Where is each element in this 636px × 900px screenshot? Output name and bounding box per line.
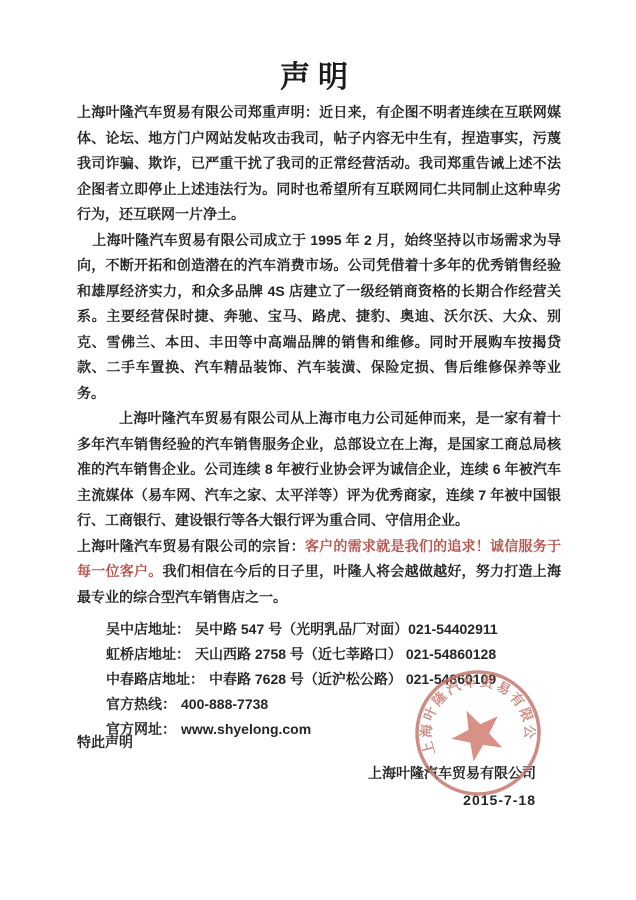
mission-prefix: 上海叶隆汽车贸易有限公司的宗旨：: [77, 538, 305, 554]
signature-block: 上海叶隆汽车贸易有限公司 2015-7-18: [368, 760, 536, 814]
contact-line-zhongchun: 中春路店地址：中春路 7628 号（近沪松公路） 021-54860109: [77, 667, 561, 692]
contact-line-hongqiao: 虹桥店地址：天山西路 2758 号（近七莘路口） 021-54860128: [77, 642, 561, 667]
paragraph-company-credentials: 上海叶隆汽车贸易有限公司从上海市电力公司延伸而来，是一家有着十多年汽车销售经验的…: [77, 406, 561, 534]
paragraph-mission: 上海叶隆汽车贸易有限公司的宗旨：客户的需求就是我们的追求！诚信服务于每一位客户。…: [77, 534, 561, 611]
contact-value: 天山西路 2758 号（近七莘路口） 021-54860128: [195, 646, 496, 662]
document-body: 上海叶隆汽车贸易有限公司郑重声明：近日来，有企图不明者连续在互联网媒体、论坛、地…: [77, 100, 561, 742]
contact-line-website: 官方网址：www.shyelong.com: [77, 717, 561, 742]
contact-label: 中春路店地址：: [106, 671, 204, 687]
contact-value: 吴中路 547 号（光明乳品厂对面）021-54402911: [195, 621, 498, 637]
paragraph-statement: 上海叶隆汽车贸易有限公司郑重声明：近日来，有企图不明者连续在互联网媒体、论坛、地…: [77, 100, 561, 228]
contact-value: 中春路 7628 号（近沪松公路） 021-54860109: [209, 671, 496, 687]
paragraph-company-history: 上海叶隆汽车贸易有限公司成立于 1995 年 2 月，始终坚持以市场需求为导向，…: [77, 228, 561, 407]
contact-label: 吴中店地址：: [106, 621, 190, 637]
contact-value: www.shyelong.com: [181, 721, 311, 737]
signature-company-name: 上海叶隆汽车贸易有限公司: [368, 760, 536, 787]
contact-line-hotline: 官方热线：400-888-7738: [77, 692, 561, 717]
statement-document: 声明 上海叶隆汽车贸易有限公司郑重声明：近日来，有企图不明者连续在互联网媒体、论…: [0, 0, 636, 900]
contact-label: 官方热线：: [106, 696, 176, 712]
contact-line-wuzhong: 吴中店地址：吴中路 547 号（光明乳品厂对面）021-54402911: [77, 617, 561, 642]
contact-label: 虹桥店地址：: [106, 646, 190, 662]
contact-list: 吴中店地址：吴中路 547 号（光明乳品厂对面）021-54402911 虹桥店…: [77, 617, 561, 742]
page-title: 声明: [0, 0, 636, 96]
contact-value: 400-888-7738: [181, 696, 268, 712]
closing-statement: 特此声明: [77, 732, 133, 752]
signature-date: 2015-7-18: [368, 787, 536, 814]
